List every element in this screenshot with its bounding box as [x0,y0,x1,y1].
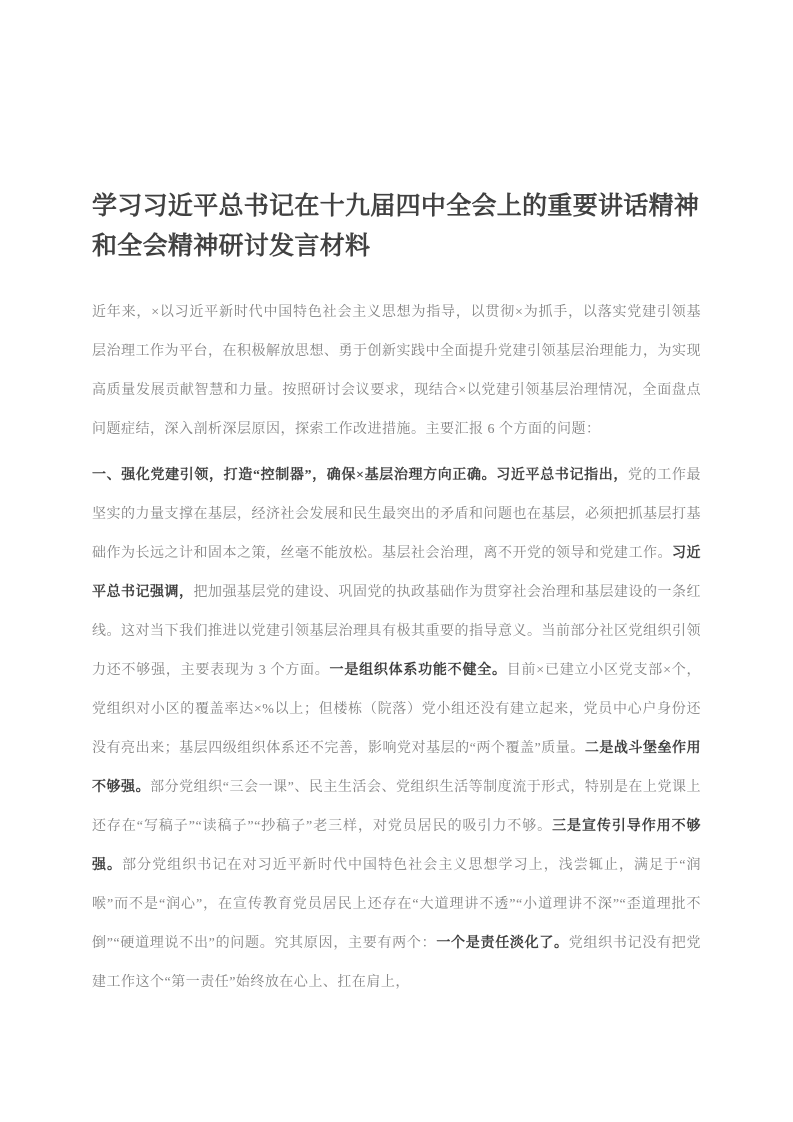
paragraph: 近年来，×以习近平新时代中国特色社会主义思想为指导，以贯彻×为抓手，以落实党建引… [92,293,701,449]
bold-run: 一是组织体系功能不健全。 [330,663,507,678]
document-body: 近年来，×以习近平新时代中国特色社会主义思想为指导，以贯彻×为抓手，以落实党建引… [92,293,701,1002]
text-run: 近年来，×以习近平新时代中国特色社会主义思想为指导，以贯彻×为抓手，以落实党建引… [92,305,701,437]
bold-run: 一、强化党建引领，打造“控制器”，确保×基层治理方向正确。 [92,468,496,483]
document-content: 学习习近平总书记在十九届四中全会上的重要讲话精神和全会精神研讨发言材料 近年来，… [92,186,701,1009]
document-title: 学习习近平总书记在十九届四中全会上的重要讲话精神和全会精神研讨发言材料 [92,186,701,266]
document-page: 学习习近平总书记在十九届四中全会上的重要讲话精神和全会精神研讨发言材料 近年来，… [0,0,793,1122]
bold-run: 一个是责任淡化了。 [436,936,568,951]
paragraph: 一、强化党建引领，打造“控制器”，确保×基层治理方向正确。习近平总书记指出，党的… [92,456,701,1002]
bold-run: 习近平总书记指出， [496,468,628,483]
